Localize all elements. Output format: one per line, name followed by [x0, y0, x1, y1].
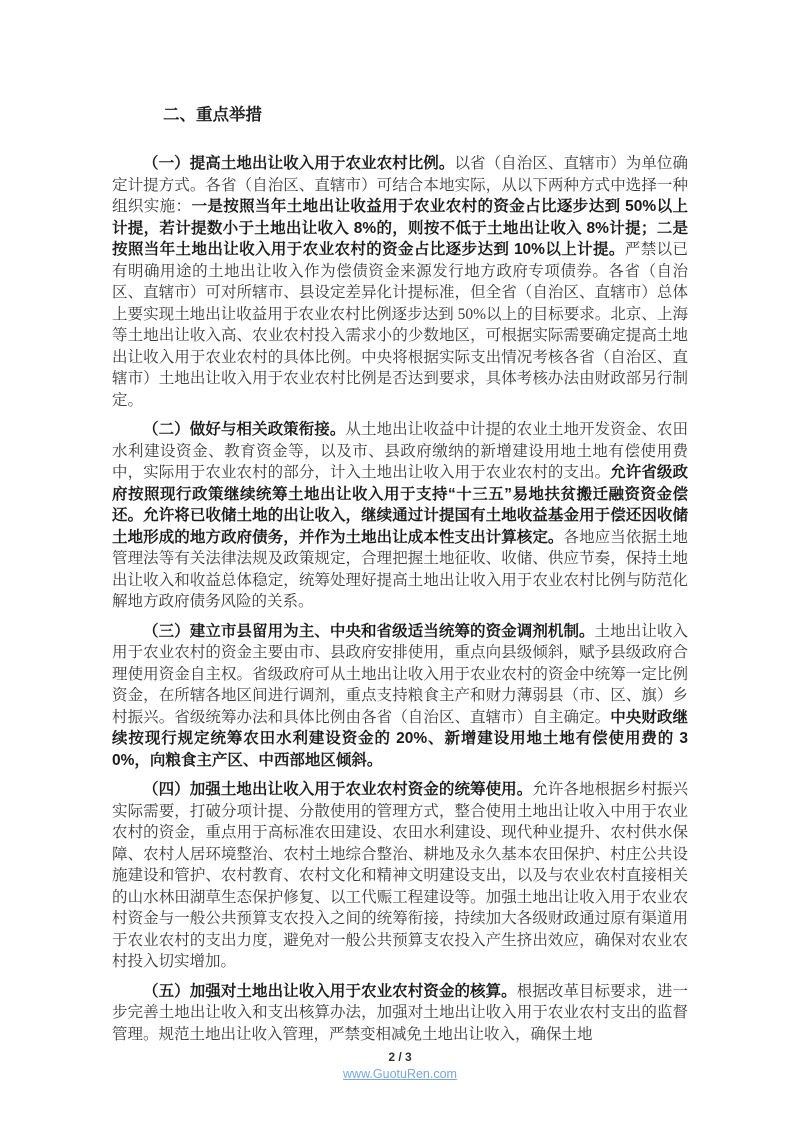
- paragraph-2-lead-bold: （二）做好与相关政策衔接。: [143, 421, 345, 438]
- page-number: 2 / 3: [112, 1050, 688, 1065]
- paragraph-3-lead-bold: （三）建立市县留用为主、中央和省级适当统筹的资金调剂机制。: [143, 623, 595, 640]
- paragraph-5-lead-bold: （五）加强对土地出让收入用于农业农村资金的核算。: [143, 983, 517, 1000]
- document-page: 二、重点举措 （一）提高土地出让收入用于农业农村比例。以省（自治区、直辖市）为单…: [0, 0, 800, 1132]
- page-footer: 2 / 3 www.GuotuRen.com: [112, 1050, 688, 1083]
- paragraph-4-lead-bold: （四）加强土地出让收入用于农业农村资金的统筹使用。: [143, 781, 532, 798]
- section-heading: 二、重点举措: [163, 105, 688, 126]
- paragraph-1-emphasis: 一是按照当年土地出让收益用于农业农村的资金占比逐步达到 50%以上计提，若计提数…: [112, 198, 688, 258]
- paragraph-2: （二）做好与相关政策衔接。从土地出让收益中计提的农业土地开发资金、农田水利建设资…: [112, 419, 688, 613]
- paragraph-1: （一）提高土地出让收入用于农业农村比例。以省（自治区、直辖市）为单位确定计提方式…: [112, 153, 688, 411]
- paragraph-1-lead-bold: （一）提高土地出让收入用于农业农村比例。: [143, 155, 454, 172]
- document-content: 二、重点举措 （一）提高土地出让收入用于农业农村比例。以省（自治区、直辖市）为单…: [0, 0, 800, 1083]
- paragraph-4: （四）加强土地出让收入用于农业农村资金的统筹使用。允许各地根据乡村振兴实际需要，…: [112, 779, 688, 973]
- paragraph-1-text-2: 严禁以已有明确用途的土地出让收入作为偿债资金来源发行地方政府专项债券。各省（自治…: [112, 241, 688, 409]
- website-link[interactable]: www.GuotuRen.com: [343, 1067, 457, 1082]
- paragraph-4-text: 允许各地根据乡村振兴实际需要，打破分项计提、分散使用的管理方式，整合使用土地出让…: [112, 781, 688, 970]
- paragraph-5: （五）加强对土地出让收入用于农业农村资金的核算。根据改革目标要求，进一步完善土地…: [112, 981, 688, 1046]
- paragraph-3: （三）建立市县留用为主、中央和省级适当统筹的资金调剂机制。土地出让收入用于农业农…: [112, 621, 688, 772]
